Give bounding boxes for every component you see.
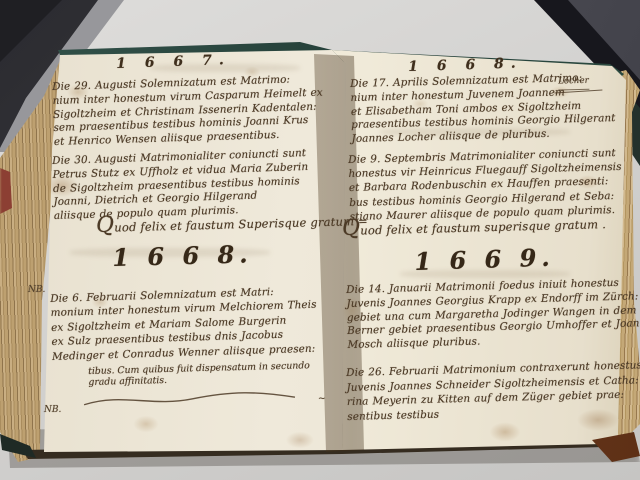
margin-note-nb-bottom: NB.: [44, 405, 61, 415]
marriage-entry-1668-feb6: Die 6. Februarii Solemnizatum est Matri:…: [50, 284, 318, 364]
marriage-entry-1669-feb26: Die 26. Februarii Matrimonium contraxeru…: [346, 358, 640, 424]
marriage-entry-1667-aug29: Die 29. Augusti Solemnizatum est Matrimo…: [52, 73, 324, 150]
gutter-margin-mark: ~: [318, 394, 326, 404]
marriage-entry-1669-jan14: Die 14. Januarii Matrimonii foedus iniui…: [346, 276, 640, 353]
photo-of-open-register: 1 6 6 7. Die 29. Augusti Solemnizatum es…: [0, 0, 640, 480]
right-year-heading-1669: 1 6 6 9.: [414, 243, 555, 276]
marriage-entry-1668-apr17: Die 17. Aprilis Solemnizatum est Matrimo…: [350, 71, 616, 147]
marriage-entry-1667-aug30: Die 30. Augusti Matrimonialiter coniunct…: [52, 147, 310, 224]
inserted-word-above-line: Locher: [558, 75, 589, 91]
margin-note-nb-top: NB.: [28, 285, 45, 295]
marriage-entry-1668-sep9: Die 9. Septembris Matrimonialiter coniun…: [348, 146, 623, 224]
left-year-heading-1668: 1 6 6 8.: [112, 239, 253, 272]
